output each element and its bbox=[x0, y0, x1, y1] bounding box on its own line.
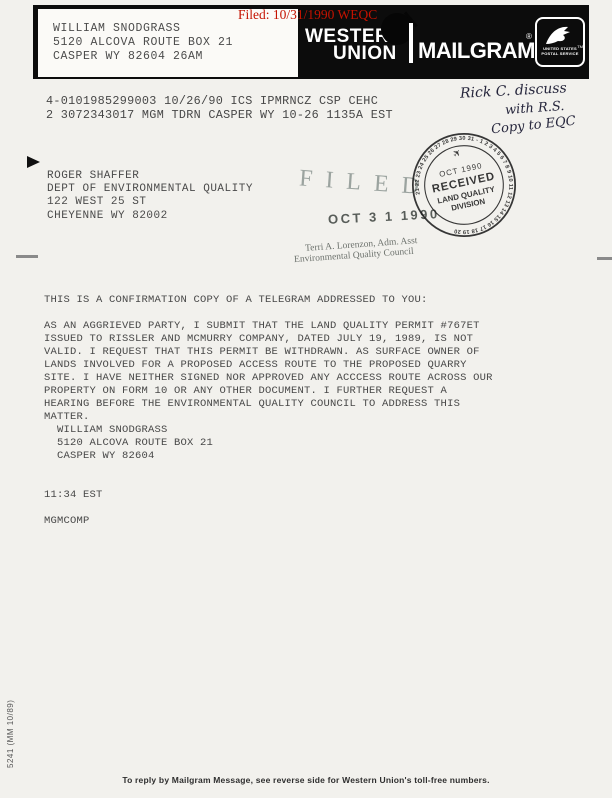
mailgram-document: Filed: 10/31/1990 WEQC WILLIAM SNODGRASS… bbox=[0, 0, 612, 798]
telegram-message-body: THIS IS A CONFIRMATION COPY OF A TELEGRA… bbox=[44, 294, 493, 528]
received-stamp: 21 22 23 24 25 26 27 28 29 30 31 - 1 2 3… bbox=[405, 126, 523, 244]
form-number: 5241 (MM 10/89) bbox=[6, 698, 15, 768]
sender-address: WILLIAM SNODGRASS 5120 ALCOVA ROUTE BOX … bbox=[53, 22, 233, 64]
usps-logo: UNITED STATES POSTAL SERVICE TM bbox=[535, 17, 585, 67]
filed-date-overlay: Filed: 10/31/1990 WEQC bbox=[238, 7, 377, 23]
logo-divider-bar bbox=[409, 23, 413, 63]
western-union-logo-union: UNION bbox=[333, 43, 397, 65]
airplane-icon: ✈ bbox=[451, 147, 465, 160]
fold-mark-right bbox=[597, 257, 612, 260]
recipient-address: ROGER SHAFFER DEPT OF ENVIRONMENTAL QUAL… bbox=[47, 170, 253, 223]
fold-mark-left bbox=[16, 255, 38, 258]
usps-eagle-icon bbox=[541, 22, 579, 46]
transmission-codes: 4-0101985299003 10/26/90 ICS IPMRNCZ CSP… bbox=[46, 95, 393, 122]
address-pointer-arrow bbox=[27, 156, 40, 168]
usps-tm-symbol: TM bbox=[577, 44, 583, 49]
usps-logo-text: UNITED STATES POSTAL SERVICE bbox=[537, 46, 583, 56]
reply-instructions: To reply by Mailgram Message, see revers… bbox=[0, 775, 612, 785]
mailgram-logo-text: MAILGRAM bbox=[418, 38, 535, 64]
registered-trademark-symbol: ® bbox=[526, 32, 532, 41]
handwritten-note-line1: Rick C. discuss bbox=[460, 80, 567, 102]
